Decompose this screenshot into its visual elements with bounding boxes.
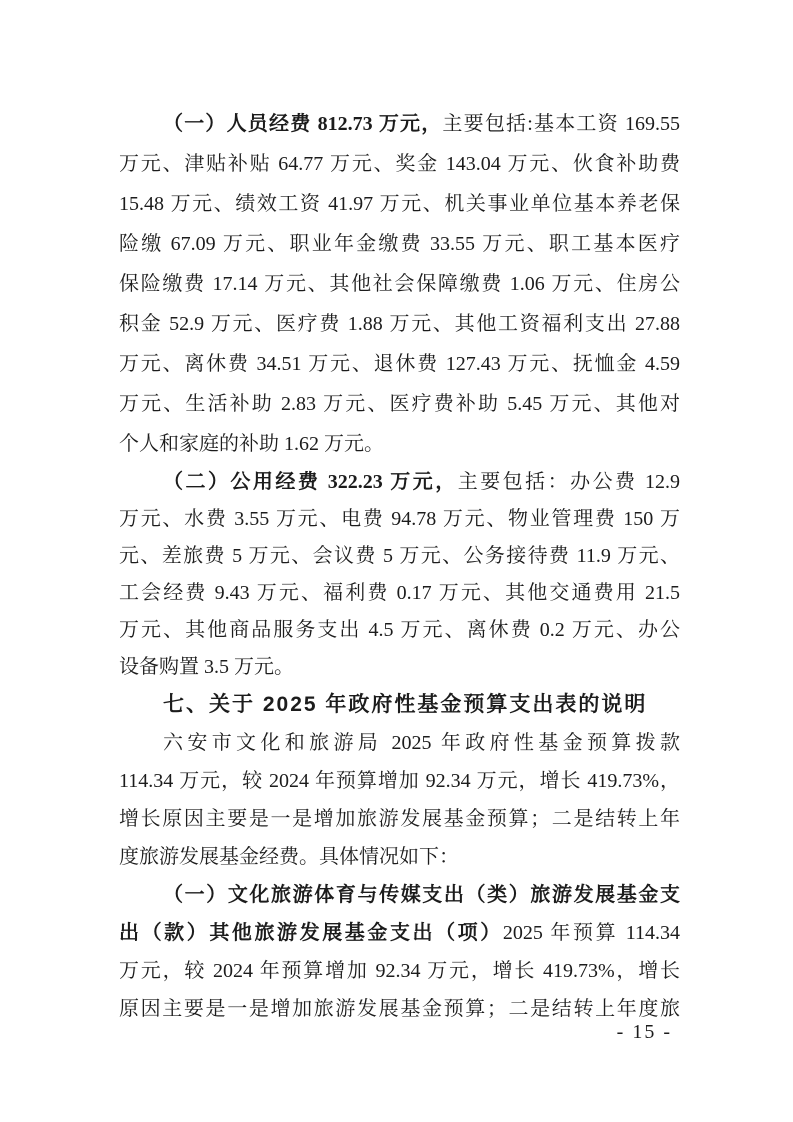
- text-line: 万元、水费 3.55 万元、电费 94.78 万元、物业管理费 150 万: [119, 501, 680, 538]
- text-line: 工会经费 9.43 万元、福利费 0.17 万元、其他交通费用 21.5: [119, 575, 680, 612]
- text-segment: 个人和家庭的补助 1.62 万元。: [119, 433, 384, 455]
- text-line: 元、差旅费 5 万元、会议费 5 万元、公务接待费 11.9 万元、: [119, 538, 680, 575]
- text-segment: 原因主要是一是增加旅游发展基金预算；二是结转上年度旅: [119, 998, 680, 1020]
- text-segment: 万元，较 2024 年预算增加 92.34 万元，增长 419.73%，增长: [119, 960, 680, 982]
- text-segment: 万元、离休费 34.51 万元、退休费 127.43 万元、抚恤金 4.59: [119, 353, 680, 375]
- text-line: 万元、其他商品服务支出 4.5 万元、离休费 0.2 万元、办公: [119, 612, 680, 649]
- text-line: 个人和家庭的补助 1.62 万元。: [119, 424, 680, 464]
- document-body: （一）人员经费 812.73 万元，主要包括:基本工资 169.55万元、津贴补…: [119, 104, 680, 1028]
- text-segment: 保险缴费 17.14 万元、其他社会保障缴费 1.06 万元、住房公: [119, 273, 680, 295]
- text-segment: 114.34 万元，较 2024 年预算增加 92.34 万元，增长 419.7…: [119, 770, 680, 792]
- text-line: 积金 52.9 万元、医疗费 1.88 万元、其他工资福利支出 27.88: [119, 304, 680, 344]
- text-line: 万元、生活补助 2.83 万元、医疗费补助 5.45 万元、其他对: [119, 384, 680, 424]
- text-line: 增长原因主要是一是增加旅游发展基金预算；二是结转上年: [119, 800, 680, 838]
- text-segment: 万元、津贴补贴 64.77 万元、奖金 143.04 万元、伙食补助费: [119, 153, 680, 175]
- paragraph: 六安市文化和旅游局 2025 年政府性基金预算拨款114.34 万元，较 202…: [119, 724, 680, 876]
- text-segment: 险缴 67.09 万元、职业年金缴费 33.55 万元、职工基本医疗: [119, 233, 680, 255]
- text-line: 度旅游发展基金经费。具体情况如下：: [119, 838, 680, 876]
- bold-text-segment: （二）公用经费 322.23 万元，: [163, 471, 458, 493]
- text-segment: 15.48 万元、绩效工资 41.97 万元、机关事业单位基本养老保: [119, 193, 680, 215]
- paragraph: （二）公用经费 322.23 万元，主要包括：办公费 12.9万元、水费 3.5…: [119, 464, 680, 686]
- bold-text-segment: 出（款）其他旅游发展基金支出（项）: [119, 922, 503, 944]
- text-line: 七、关于 2025 年政府性基金预算支出表的说明: [119, 686, 680, 724]
- text-line: 万元、津贴补贴 64.77 万元、奖金 143.04 万元、伙食补助费: [119, 144, 680, 184]
- text-segment: 工会经费 9.43 万元、福利费 0.17 万元、其他交通费用 21.5: [119, 582, 680, 604]
- text-segment: 积金 52.9 万元、医疗费 1.88 万元、其他工资福利支出 27.88: [119, 313, 680, 335]
- text-segment: 万元、生活补助 2.83 万元、医疗费补助 5.45 万元、其他对: [119, 393, 680, 415]
- section-heading: 七、关于 2025 年政府性基金预算支出表的说明: [119, 686, 680, 724]
- text-line: 万元、离休费 34.51 万元、退休费 127.43 万元、抚恤金 4.59: [119, 344, 680, 384]
- text-line: 保险缴费 17.14 万元、其他社会保障缴费 1.06 万元、住房公: [119, 264, 680, 304]
- text-segment: 万元、水费 3.55 万元、电费 94.78 万元、物业管理费 150 万: [119, 508, 680, 530]
- text-segment: 元、差旅费 5 万元、会议费 5 万元、公务接待费 11.9 万元、: [119, 545, 680, 567]
- bold-text-segment: （一）人员经费 812.73 万元，: [163, 113, 442, 135]
- bold-text-segment: （一）文化旅游体育与传媒支出（类）旅游发展基金支: [163, 884, 680, 906]
- text-line: （二）公用经费 322.23 万元，主要包括：办公费 12.9: [119, 464, 680, 501]
- bold-text-segment: 七、关于 2025 年政府性基金预算支出表的说明: [163, 693, 647, 716]
- paragraph: （一）人员经费 812.73 万元，主要包括:基本工资 169.55万元、津贴补…: [119, 104, 680, 464]
- text-line: 六安市文化和旅游局 2025 年政府性基金预算拨款: [119, 724, 680, 762]
- text-line: 114.34 万元，较 2024 年预算增加 92.34 万元，增长 419.7…: [119, 762, 680, 800]
- text-line: （一）文化旅游体育与传媒支出（类）旅游发展基金支: [119, 876, 680, 914]
- text-line: 设备购置 3.5 万元。: [119, 649, 680, 686]
- text-segment: 度旅游发展基金经费。具体情况如下：: [119, 846, 459, 868]
- text-segment: 六安市文化和旅游局 2025 年政府性基金预算拨款: [163, 732, 680, 754]
- text-segment: 万元、其他商品服务支出 4.5 万元、离休费 0.2 万元、办公: [119, 619, 680, 641]
- paragraph: （一）文化旅游体育与传媒支出（类）旅游发展基金支出（款）其他旅游发展基金支出（项…: [119, 876, 680, 1028]
- text-segment: 2025 年预算 114.34: [503, 922, 680, 944]
- text-line: 万元，较 2024 年预算增加 92.34 万元，增长 419.73%，增长: [119, 952, 680, 990]
- text-segment: 主要包括:基本工资 169.55: [442, 113, 680, 135]
- text-segment: 主要包括：办公费 12.9: [458, 471, 680, 493]
- document-page: （一）人员经费 812.73 万元，主要包括:基本工资 169.55万元、津贴补…: [0, 0, 793, 1122]
- page-number: - 15 -: [119, 1019, 672, 1045]
- text-line: 出（款）其他旅游发展基金支出（项）2025 年预算 114.34: [119, 914, 680, 952]
- text-line: 险缴 67.09 万元、职业年金缴费 33.55 万元、职工基本医疗: [119, 224, 680, 264]
- text-line: 15.48 万元、绩效工资 41.97 万元、机关事业单位基本养老保: [119, 184, 680, 224]
- text-segment: 设备购置 3.5 万元。: [119, 656, 294, 678]
- text-line: （一）人员经费 812.73 万元，主要包括:基本工资 169.55: [119, 104, 680, 144]
- text-segment: 增长原因主要是一是增加旅游发展基金预算；二是结转上年: [119, 808, 680, 830]
